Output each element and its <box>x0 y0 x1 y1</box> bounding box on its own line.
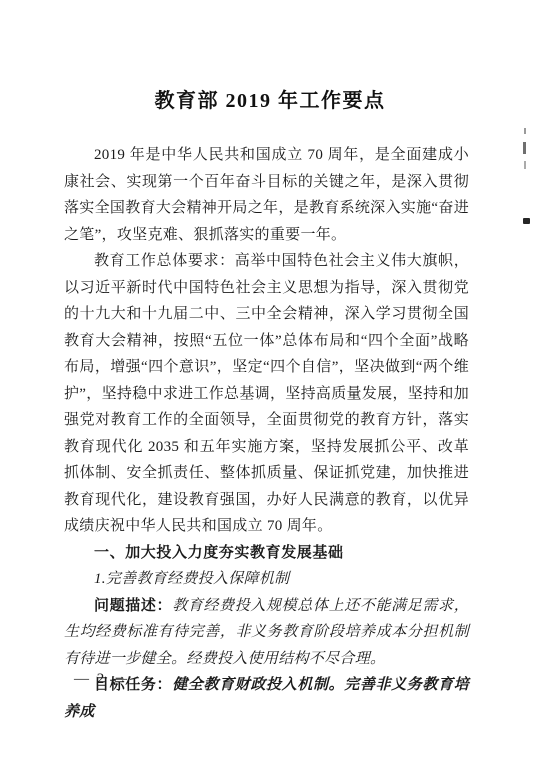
scan-artifact <box>524 161 526 169</box>
page-title-text: 教育部 2019 年工作要点 <box>155 90 386 112</box>
scan-artifact <box>524 128 526 134</box>
problem-description-label: 问题描述： <box>94 597 172 614</box>
paragraph-problem-description: 问题描述：教育经费投入规模总体上还不能满足需求，生均经费标准有待完善，非义务教育… <box>64 593 469 673</box>
scan-artifact <box>523 218 530 224</box>
section-heading: 一、加大投入力度夯实教育发展基础 <box>64 540 469 567</box>
scanned-document-page: 教育部 2019 年工作要点 2019 年是中华人民共和国成立 70 周年，是全… <box>0 0 540 757</box>
page-number: — 2 — <box>74 671 129 688</box>
scan-artifact <box>523 142 526 154</box>
document-body: 2019 年是中华人民共和国成立 70 周年，是全面建成小康社会、实现第一个百年… <box>64 142 469 725</box>
paragraph-intro: 2019 年是中华人民共和国成立 70 周年，是全面建成小康社会、实现第一个百年… <box>64 142 469 248</box>
page-title: 教育部 2019 年工作要点 <box>0 84 540 113</box>
paragraph-overall-requirements: 教育工作总体要求：高举中国特色社会主义伟大旗帜，以习近平新时代中国特色社会主义思… <box>64 248 469 540</box>
item-heading: 1.完善教育经费投入保障机制 <box>64 566 469 593</box>
